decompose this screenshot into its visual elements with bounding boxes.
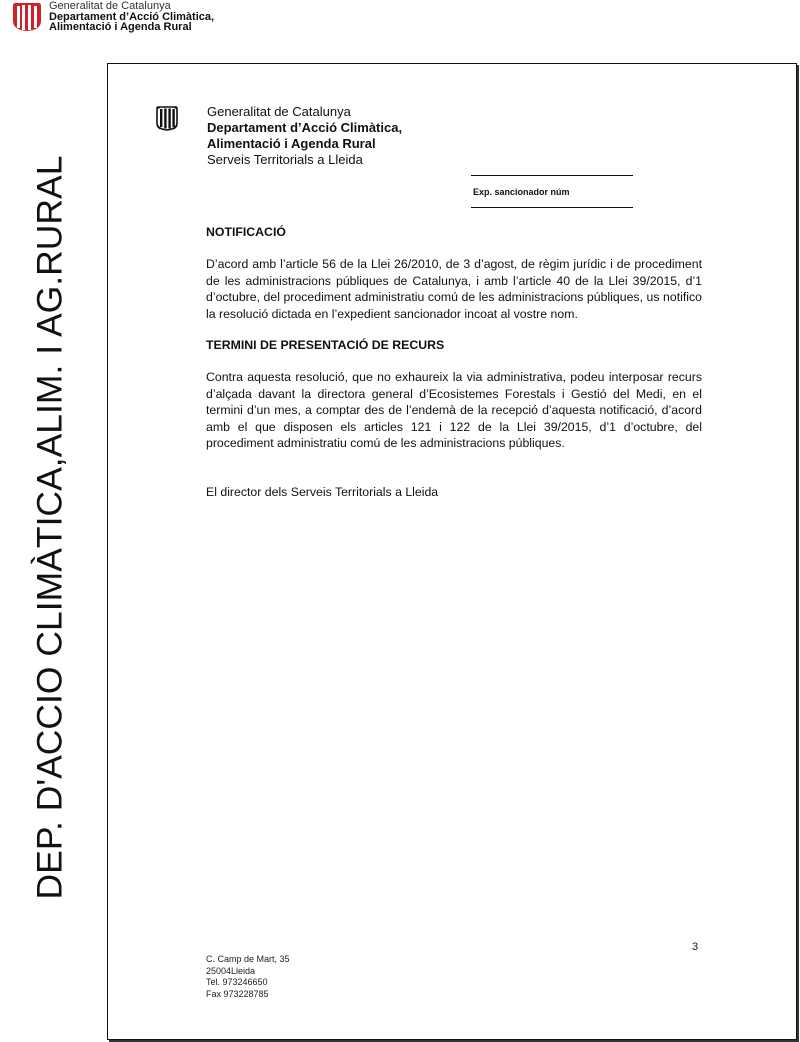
expedient-box: Exp. sancionador núm	[471, 175, 633, 208]
stamp-line-3: Alimentació i Agenda Rural	[49, 22, 214, 33]
footer-tel: Tel. 973246650	[206, 977, 290, 989]
document-body: NOTIFICACIÓ D’acord amb l’article 56 de …	[206, 223, 702, 501]
letterhead-line-4: Serveis Territorials a Lleida	[207, 152, 402, 168]
heading-notification: NOTIFICACIÓ	[206, 224, 702, 240]
header-stamp: Generalitat de Catalunya Departament d’A…	[12, 0, 214, 33]
letterhead-line-1: Generalitat de Catalunya	[207, 104, 402, 120]
generalitat-coat-of-arms-icon	[12, 1, 42, 32]
heading-appeal-deadline: TERMINI DE PRESENTACIÓ DE RECURS	[206, 337, 702, 353]
letterhead-line-3: Alimentació i Agenda Rural	[207, 136, 402, 152]
letterhead: Generalitat de Catalunya Departament d’A…	[156, 104, 402, 168]
footer-fax: Fax 973228785	[206, 989, 290, 1001]
expedient-label: Exp. sancionador núm	[473, 187, 570, 197]
footer-city: 25004Lleida	[206, 966, 290, 978]
vertical-registry-stamp: DEP. D'ACCIO CLIMÀTICA,ALIM. I AG.RURAL	[28, 157, 72, 897]
signature-line: El director dels Serveis Territorials a …	[206, 484, 702, 500]
generalitat-coat-of-arms-icon	[156, 106, 178, 131]
stamp-line-1: Generalitat de Catalunya	[49, 1, 214, 12]
footer-address: C. Camp de Mart, 35 25004Lleida Tel. 973…	[206, 954, 290, 1000]
stamp-text: Generalitat de Catalunya Departament d’A…	[49, 0, 214, 33]
paragraph-appeal: Contra aquesta resolució, que no exhaure…	[206, 369, 702, 451]
vertical-registry-text: DEP. D'ACCIO CLIMÀTICA,ALIM. I AG.RURAL	[30, 155, 71, 899]
document-page: Generalitat de Catalunya Departament d’A…	[107, 63, 797, 1040]
letterhead-text: Generalitat de Catalunya Departament d’A…	[207, 104, 402, 168]
page-number: 3	[692, 941, 698, 953]
footer-street: C. Camp de Mart, 35	[206, 954, 290, 966]
paragraph-notification: D’acord amb l’article 56 de la Llei 26/2…	[206, 256, 702, 322]
letterhead-line-2: Departament d’Acció Climàtica,	[207, 120, 402, 136]
